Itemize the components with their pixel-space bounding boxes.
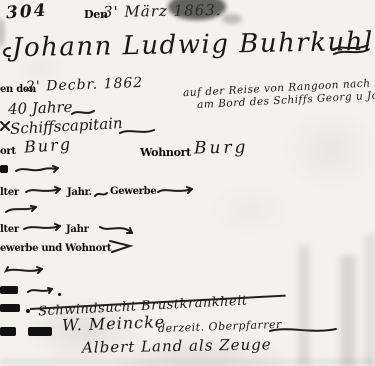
father-year-label: Jahr. [67, 187, 92, 198]
edge-dot [26, 309, 30, 313]
blank-dash [98, 222, 134, 236]
officiant-title: derzeit. Oberpfarrer [158, 318, 282, 335]
father-trade-label: Gewerbe [110, 186, 156, 197]
blank-dash [22, 221, 62, 233]
mother-age-label-fragment: lter [0, 224, 19, 235]
edge-mark [28, 327, 52, 336]
blank-dash [4, 263, 44, 277]
cutoff-label-blob [0, 286, 18, 294]
blank-chevron [108, 238, 134, 254]
occupation-lead-mark [0, 120, 10, 132]
scan-streak [364, 235, 375, 366]
deceased-name: Johann Ludwig Buhrkuhl [12, 27, 374, 63]
birthplace-value: Burg [23, 134, 72, 156]
blank-dash [14, 163, 60, 175]
scan-streak [340, 255, 356, 366]
blank-dash [156, 184, 194, 196]
mother-year-label: Jahr [66, 224, 89, 235]
death-date: 2' Decbr. 1862 [26, 75, 144, 95]
cutoff-label-blob [0, 165, 8, 173]
blank-dash [24, 184, 62, 196]
residence-value: Burg [194, 138, 249, 159]
father-age-label-fragment: lter [0, 187, 19, 198]
blank-dash [4, 203, 38, 215]
birthplace-label-fragment: ort [0, 146, 16, 157]
scan-streak [298, 245, 310, 366]
blank-dash [26, 284, 54, 296]
ink-dot [58, 293, 61, 296]
entry-number: 304 [5, 1, 48, 24]
age-value: 40 Jahre [8, 98, 73, 118]
occupation-flourish [118, 126, 156, 136]
name-end-flourish [330, 40, 370, 56]
scan-streak [0, 358, 375, 366]
officiant-name: W. Meincke [62, 312, 166, 335]
residence-label: Wohnort [140, 146, 191, 159]
edge-mark [0, 304, 20, 312]
trade-residence-label-fragment: ewerbe und Wohnort [0, 243, 111, 254]
document-scan: 304 Den 3' März 1863. Johann Ludwig Buhr… [0, 0, 375, 366]
blank-dash [93, 189, 109, 199]
ink-smudge-small [222, 14, 242, 24]
witness-signature: Albert Land als Zeuge [82, 335, 272, 356]
edge-mark [0, 327, 16, 336]
